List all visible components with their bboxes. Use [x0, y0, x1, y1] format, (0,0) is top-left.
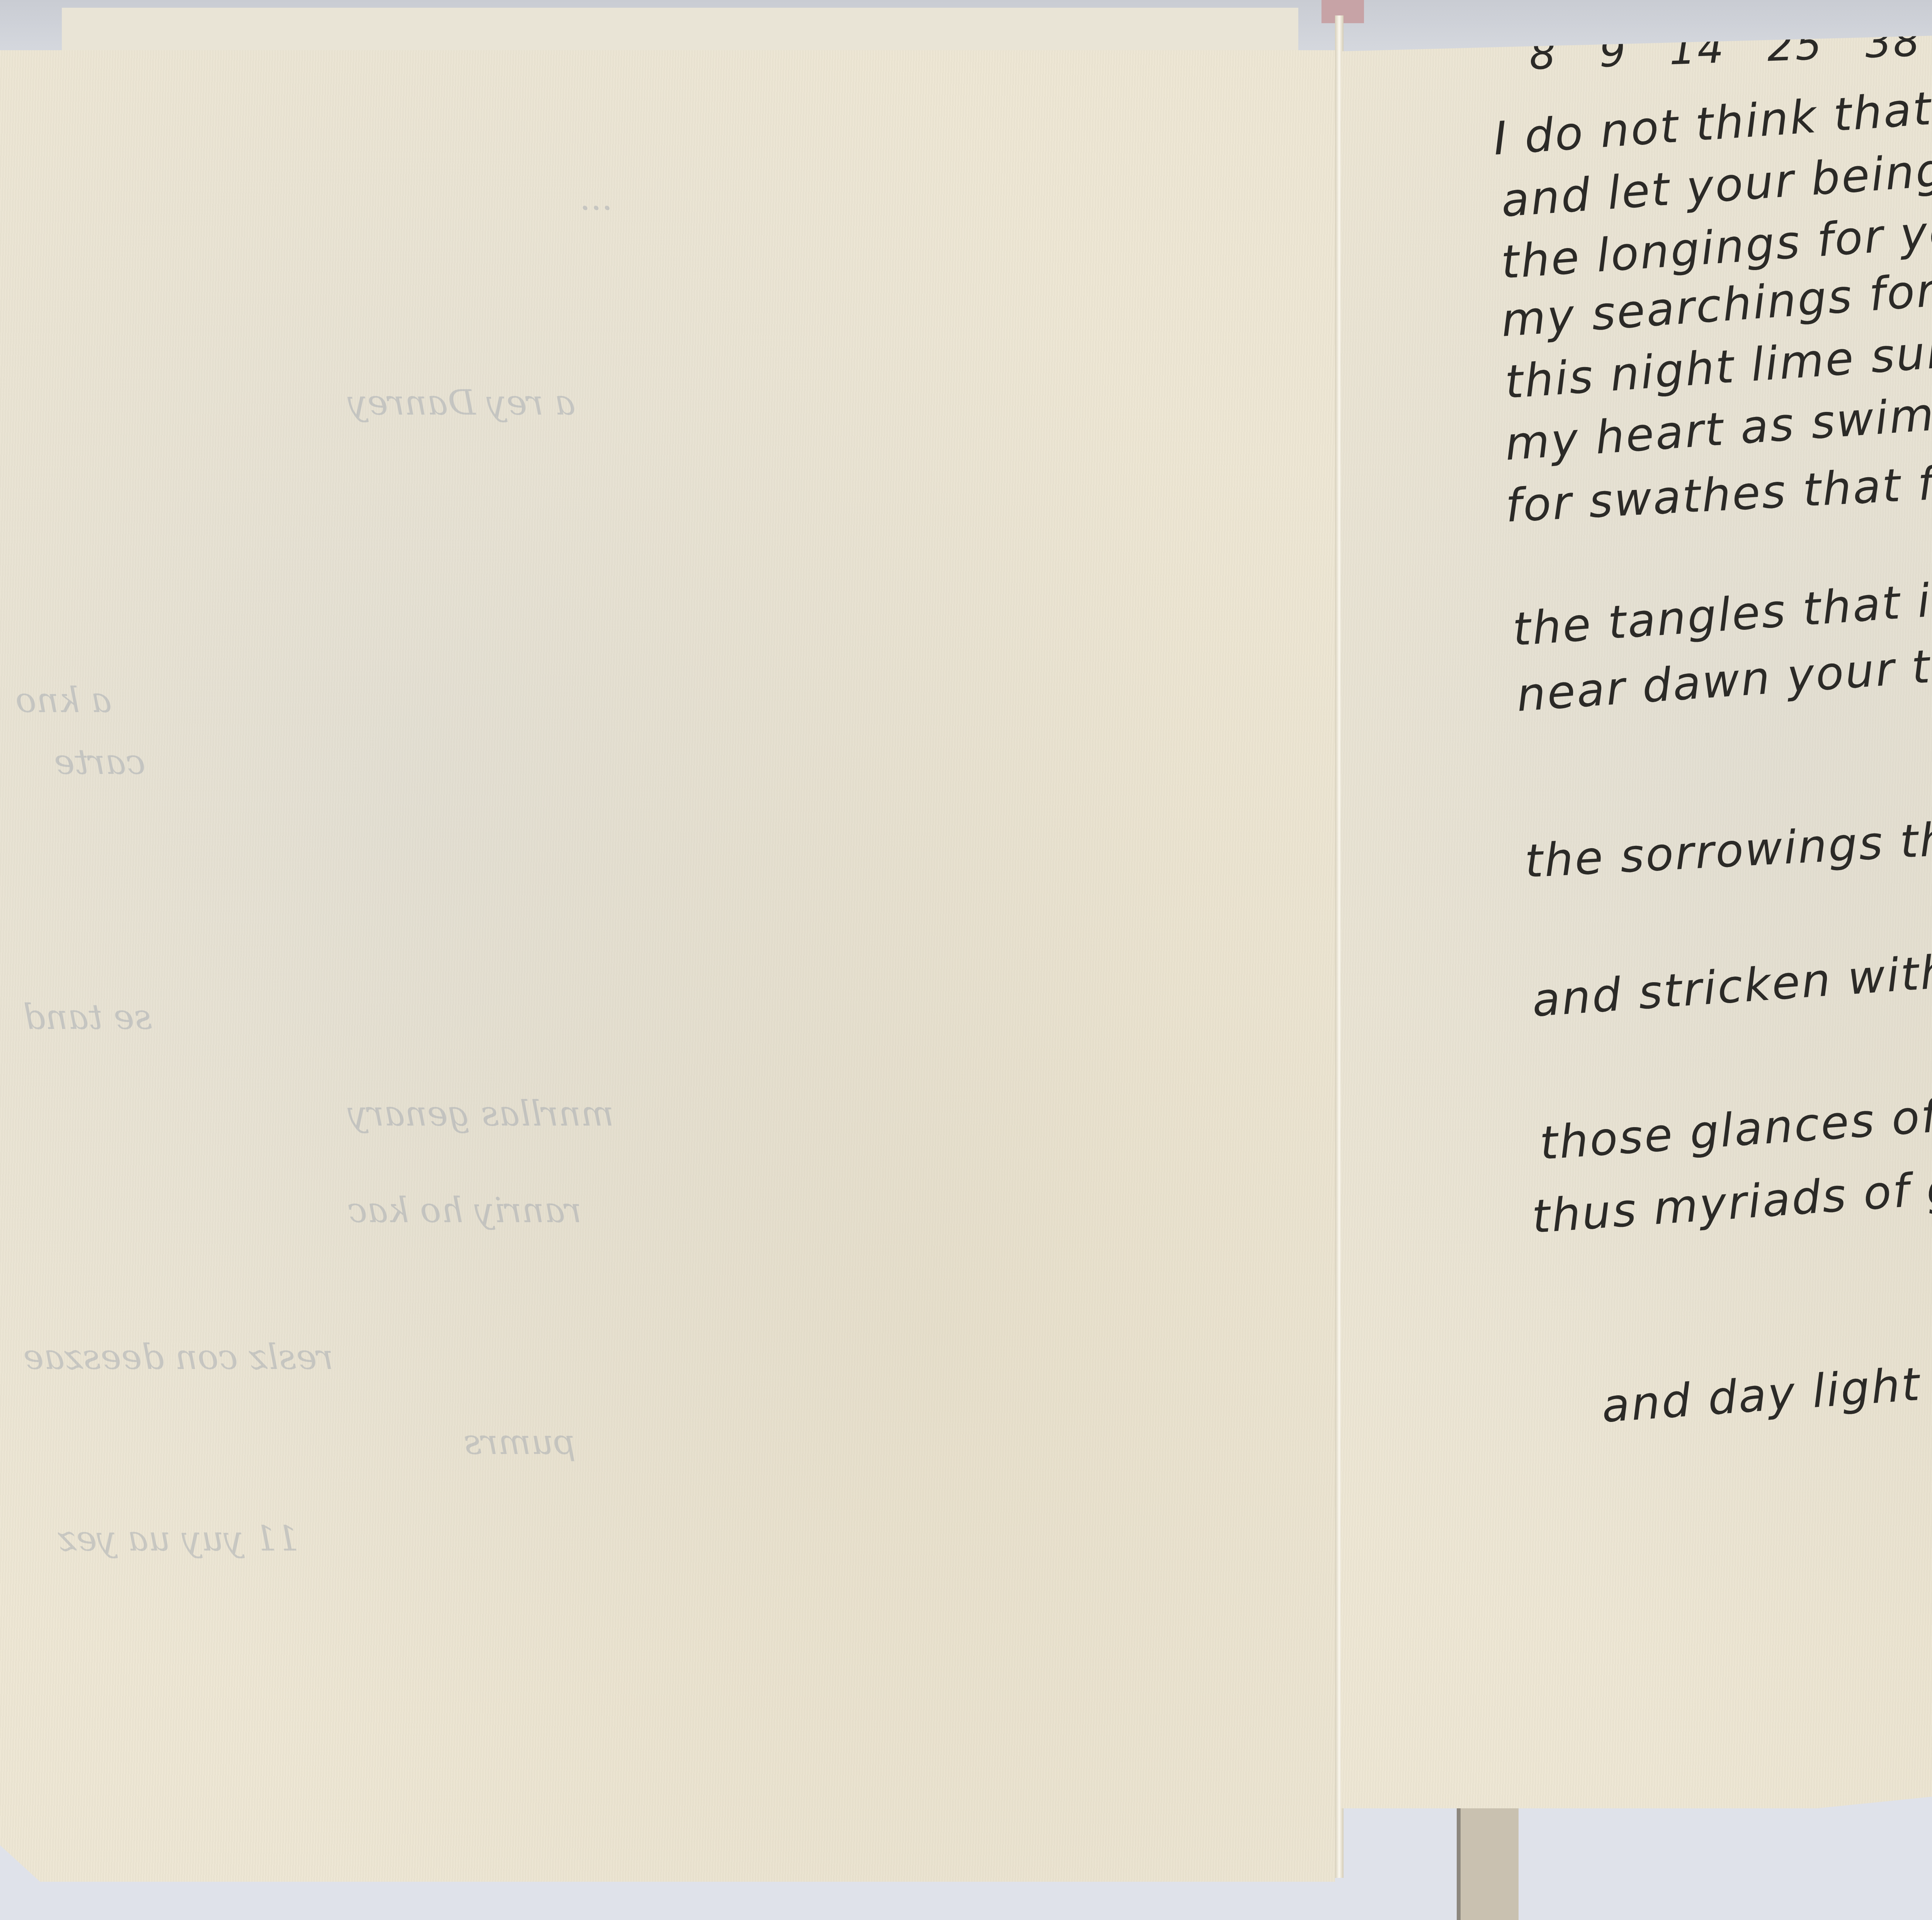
poem-line: and day light hopes you'll lie: [1600, 1331, 1932, 1433]
ghost-text: a rey Danrey: [348, 383, 575, 423]
right-page: 8 9 14 25 38 46 I do not think that I ca…: [1341, 15, 1932, 1808]
ghost-text: a kno: [15, 680, 112, 721]
poem-line: and stricken with youths' down I lashed: [1530, 906, 1932, 1027]
poem-line: those glances of time stolen you'll susp…: [1538, 1043, 1932, 1170]
ghost-text: reslz con deeszae: [23, 1337, 333, 1378]
ghost-text: ...: [580, 178, 613, 218]
ghost-text: 11 yuy ua yez: [58, 1519, 299, 1559]
ghost-text: ranriy ho kac: [348, 1190, 582, 1231]
ghost-text: se tand: [23, 997, 152, 1037]
ghost-text: carte: [54, 742, 146, 782]
ghost-text: pumrs: [464, 1422, 576, 1463]
poem-line: the sorrowings that new absence: [1524, 792, 1932, 888]
poem-line: the tangles that in floating souls mend: [1511, 537, 1932, 656]
left-page: ... a rey Danrey a kno carte se tand mnr…: [0, 50, 1335, 1882]
ghost-text: mnrllas genary: [348, 1093, 614, 1134]
